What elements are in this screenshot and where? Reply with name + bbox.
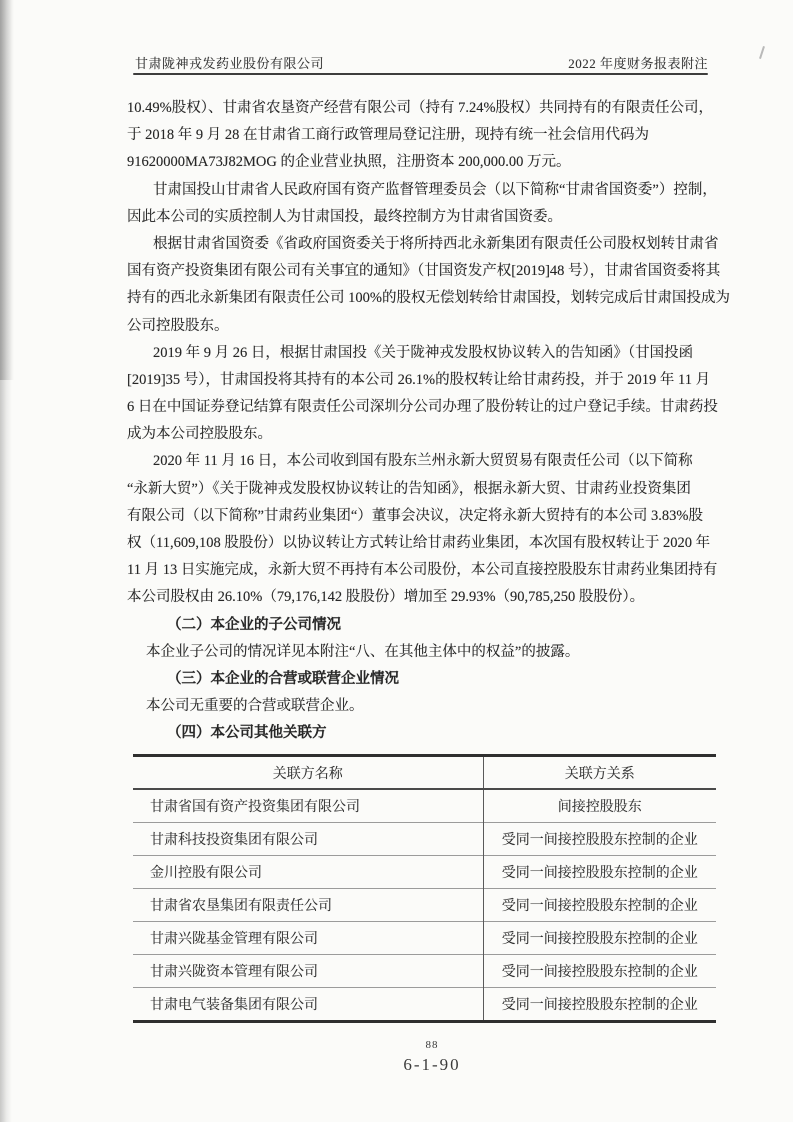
party-relation: 受同一间接控股股东控制的企业 — [483, 889, 716, 922]
section-heading-joint-ventures: （三）本企业的合营或联营企业情况 — [127, 666, 737, 693]
table-row: 甘肃兴陇资本管理有限公司 受同一间接控股股东控制的企业 — [133, 955, 716, 988]
page-number: 88 — [127, 1038, 737, 1052]
column-header-party-relation: 关联方关系 — [483, 756, 716, 790]
table-row: 甘肃电气装备集团有限公司 受同一间接控股股东控制的企业 — [133, 988, 716, 1022]
party-name: 金川控股有限公司 — [133, 856, 483, 889]
body-line: 91620000MA73J82MOG 的企业营业执照，注册资本 200,000.… — [127, 149, 737, 176]
party-relation: 受同一间接控股股东控制的企业 — [483, 823, 716, 856]
body-line: 国有资产投资集团有限公司有关事宜的通知》（甘国资发产权[2019]48 号），甘… — [127, 258, 737, 285]
party-name: 甘肃兴陇资本管理有限公司 — [133, 955, 483, 988]
section-heading-subsidiaries: （二）本企业的子公司情况 — [127, 612, 737, 639]
body-line: 甘肃国投山甘肃省人民政府国有资产监督管理委员会（以下简称“甘肃省国资委”）控制， — [127, 177, 737, 204]
body-line: 本公司无重要的合营或联营企业。 — [127, 693, 737, 720]
body-line: 本企业子公司的情况详见本附注“八、在其他主体中的权益”的披露。 — [127, 639, 737, 666]
body-line: 11 月 13 日实施完成，永新大贸不再持有本公司股份，本公司直接控股股东甘肃药… — [127, 557, 737, 584]
header-company-name: 甘肃陇神戎发药业股份有限公司 — [135, 53, 324, 72]
table-row: 甘肃省国有资产投资集团有限公司 间接控股股东 — [133, 789, 716, 823]
body-line: 有限公司（以下简称”甘肃药业集团“）董事会决议，决定将永新大贸持有的本公司 3.… — [127, 503, 737, 530]
body-line: [2019]35 号），甘肃国投将其持有的本公司 26.1%的股权转让给甘肃药投… — [127, 367, 737, 394]
party-name: 甘肃省农垦集团有限责任公司 — [133, 889, 483, 922]
column-header-party-name: 关联方名称 — [133, 756, 483, 790]
body-text: 10.49%股权）、甘肃省农垦资产经营有限公司（持有 7.24%股权）共同持有的… — [127, 95, 737, 748]
scan-edge-artifact-top — [0, 0, 14, 380]
header-rule — [133, 73, 708, 75]
body-line: “永新大贸”）《关于陇神戎发股权协议转让的告知函》，根据永新大贸、甘肃药业投资集… — [127, 476, 737, 503]
body-line: 根据甘肃省国资委《省政府国资委关于将所持西北永新集团有限责任公司股权划转甘肃省 — [127, 231, 737, 258]
party-relation: 间接控股股东 — [483, 789, 716, 823]
body-line: 公司控股股东。 — [127, 313, 737, 340]
party-relation: 受同一间接控股股东控制的企业 — [483, 988, 716, 1022]
document-page: 甘肃陇神戎发药业股份有限公司 2022 年度财务报表附注 10.49%股权）、甘… — [0, 0, 793, 1122]
scan-speck-artifact — [759, 46, 765, 59]
body-line: 权（11,609,108 股股份）以协议转让方式转让给甘肃药业集团，本次国有股权… — [127, 530, 737, 557]
party-name: 甘肃科技投资集团有限公司 — [133, 823, 483, 856]
body-line: 2019 年 9 月 26 日，根据甘肃国投《关于陇神戎发股权协议转入的告知函》… — [127, 340, 737, 367]
table-row: 甘肃省农垦集团有限责任公司 受同一间接控股股东控制的企业 — [133, 889, 716, 922]
scan-edge-artifact — [0, 0, 12, 1122]
section-heading-other-related-parties: （四）本公司其他关联方 — [127, 720, 737, 747]
party-relation: 受同一间接控股股东控制的企业 — [483, 922, 716, 955]
table-header-row: 关联方名称 关联方关系 — [133, 756, 716, 790]
body-line: 成为本公司控股股东。 — [127, 421, 737, 448]
party-name: 甘肃省国有资产投资集团有限公司 — [133, 789, 483, 823]
table-row: 甘肃兴陇基金管理有限公司 受同一间接控股股东控制的企业 — [133, 922, 716, 955]
body-line: 2020 年 11 月 16 日，本公司收到国有股东兰州永新大贸贸易有限责任公司… — [127, 448, 737, 475]
party-name: 甘肃电气装备集团有限公司 — [133, 988, 483, 1022]
body-line: 于 2018 年 9 月 28 在甘肃省工商行政管理局登记注册，现持有统一社会信… — [127, 122, 737, 149]
body-line: 10.49%股权）、甘肃省农垦资产经营有限公司（持有 7.24%股权）共同持有的… — [127, 95, 737, 122]
party-name: 甘肃兴陇基金管理有限公司 — [133, 922, 483, 955]
related-parties-table: 关联方名称 关联方关系 甘肃省国有资产投资集团有限公司 间接控股股东 甘肃科技投… — [133, 754, 716, 1023]
body-line: 持有的西北永新集团有限责任公司 100%的股权无偿划转给甘肃国投，划转完成后甘肃… — [127, 285, 737, 312]
page-footer: 88 6-1-90 — [127, 1038, 737, 1076]
table-row: 甘肃科技投资集团有限公司 受同一间接控股股东控制的企业 — [133, 823, 716, 856]
party-relation: 受同一间接控股股东控制的企业 — [483, 955, 716, 988]
body-line: 本公司股权由 26.10%（79,176,142 股股份）增加至 29.93%（… — [127, 584, 737, 611]
body-line: 因此本公司的实质控制人为甘肃国投，最终控制方为甘肃省国资委。 — [127, 204, 737, 231]
table-row: 金川控股有限公司 受同一间接控股股东控制的企业 — [133, 856, 716, 889]
doc-page-number: 6-1-90 — [127, 1054, 737, 1076]
body-line: 6 日在中国证券登记结算有限责任公司深圳分公司办理了股份转让的过户登记手续。甘肃… — [127, 394, 737, 421]
page-header: 甘肃陇神戎发药业股份有限公司 2022 年度财务报表附注 — [135, 53, 708, 72]
header-doc-title: 2022 年度财务报表附注 — [568, 53, 708, 72]
party-relation: 受同一间接控股股东控制的企业 — [483, 856, 716, 889]
